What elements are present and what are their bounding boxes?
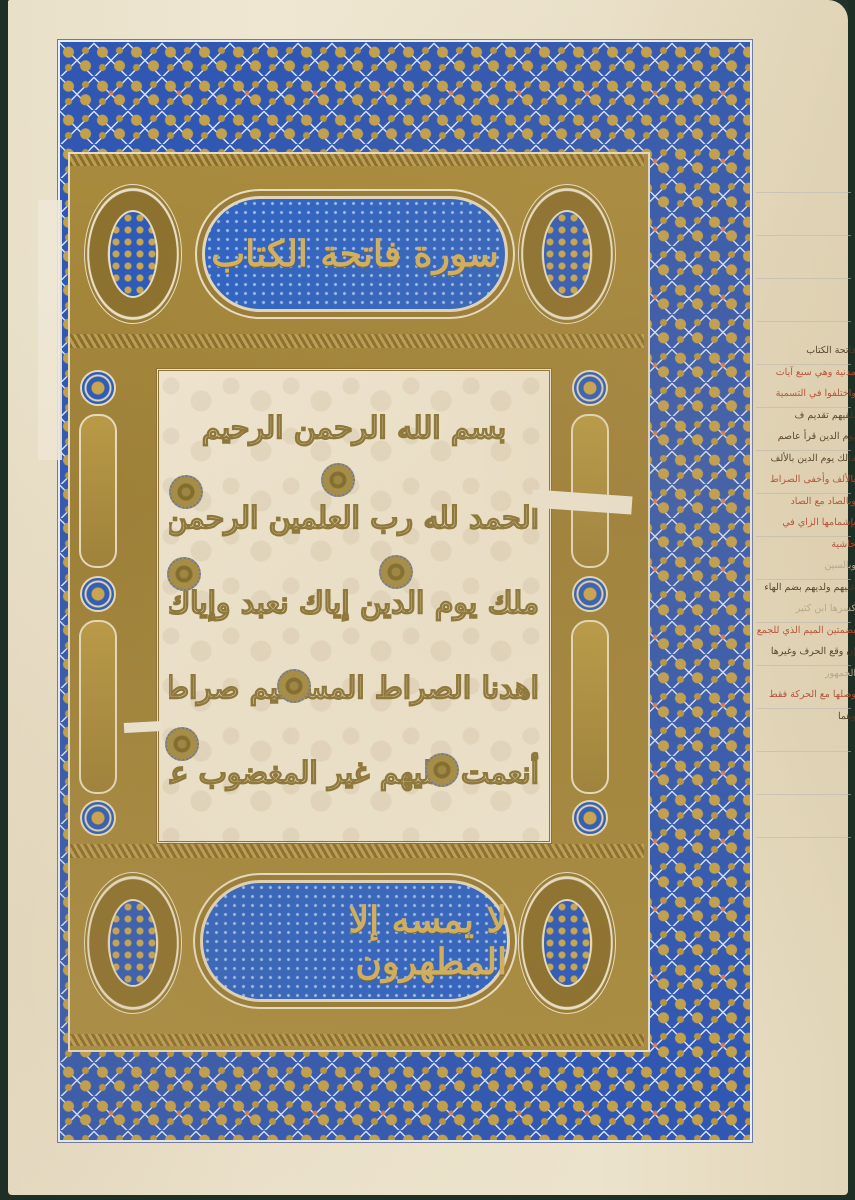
margin-note: حاشية xyxy=(756,534,855,556)
margin-note: بضمتين الميم الذي للجمع xyxy=(756,620,855,642)
margin-note: مدنية وهي سبع آيات xyxy=(756,362,855,384)
verse-rosette-icon xyxy=(169,475,203,509)
braid-band-top xyxy=(70,154,644,166)
margin-note: بالألف وأخفى الصراط xyxy=(756,469,855,491)
footer-cartouche-row: لا يمسه إلا المطهرون xyxy=(80,866,636,1016)
margin-note: مالك يوم الدين بالألف xyxy=(756,448,855,470)
medallion-icon xyxy=(572,370,608,406)
header-cartouche: سورة فاتحة الكتاب xyxy=(202,196,508,312)
surah-title: سورة فاتحة الكتاب xyxy=(211,233,498,275)
medallion-icon xyxy=(572,576,608,612)
verse-line-5: أنعمت عليهم غير المغضوب عليهم ولا الضالي… xyxy=(169,746,539,802)
verse-rosette-icon xyxy=(425,753,459,787)
lozenge-ornament-icon xyxy=(108,210,158,298)
medallion-icon xyxy=(80,800,116,836)
margin-note: وبالسين xyxy=(756,555,855,577)
margin-note: تلقيهم تقديم ف xyxy=(756,405,855,427)
verse-rosette-icon xyxy=(277,669,311,703)
footer-cartouche: لا يمسه إلا المطهرون xyxy=(200,880,510,1002)
margin-note: الجمهور xyxy=(756,663,855,685)
margin-note: واختلفوا في التسمية xyxy=(756,383,855,405)
margin-note: وصلها مع الحركة فقط xyxy=(756,684,855,706)
paper-tear xyxy=(124,721,162,733)
margin-note: يوم الدين قرأ عاصم xyxy=(756,426,855,448)
verse-rosette-icon xyxy=(379,555,413,589)
paper-loss xyxy=(38,200,62,460)
margin-note: وهما xyxy=(756,706,855,728)
margin-note: كسرها ابن كثير xyxy=(756,598,855,620)
left-oval-medallion xyxy=(84,184,182,324)
verse-text-panel: بسم الله الرحمن الرحيم الحمد لله رب العل… xyxy=(156,368,552,844)
left-oval-medallion xyxy=(84,872,182,1014)
verse-rosette-icon xyxy=(321,463,355,497)
margin-note: فاتحة الكتاب xyxy=(756,340,855,362)
braid-band-lower xyxy=(70,844,644,858)
margin-note: عليهم ولديهم بضم الهاء xyxy=(756,577,855,599)
right-oval-medallion xyxy=(518,872,616,1014)
margin-note: بإشمامها الزاي في xyxy=(756,512,855,534)
medallion-icon xyxy=(80,370,116,406)
gold-capsule xyxy=(79,620,117,794)
lozenge-ornament-icon xyxy=(108,899,158,987)
gold-capsule xyxy=(79,414,117,568)
marginal-commentary: فاتحة الكتاب مدنية وهي سبع آيات واختلفوا… xyxy=(756,340,855,727)
manuscript-page: سورة فاتحة الكتاب بسم الله الرحمن الرحيم… xyxy=(8,0,848,1195)
margin-note: إن وقع الحرف وغيرها xyxy=(756,641,855,663)
verse-rosette-icon xyxy=(167,557,201,591)
footer-inscription: لا يمسه إلا المطهرون xyxy=(203,899,507,983)
gold-capsule xyxy=(571,620,609,794)
right-ornament-column xyxy=(566,370,610,840)
header-cartouche-row: سورة فاتحة الكتاب xyxy=(80,178,636,328)
gold-capsule xyxy=(571,414,609,568)
verse-line-2: الحمد لله رب العلمين الرحمن الرحيم xyxy=(169,491,539,547)
braid-band-bottom xyxy=(70,1034,644,1046)
verse-rosette-icon xyxy=(165,727,199,761)
lozenge-ornament-icon xyxy=(542,210,592,298)
verse-line-3: ملك يوم الدين إياك نعبد وإياك نستعين xyxy=(169,576,539,632)
lozenge-ornament-icon xyxy=(542,899,592,987)
braid-band-upper xyxy=(70,334,644,348)
medallion-icon xyxy=(572,800,608,836)
verse-line-1: بسم الله الرحمن الرحيم xyxy=(169,401,539,457)
right-oval-medallion xyxy=(518,184,616,324)
medallion-icon xyxy=(80,576,116,612)
verse-line-4: اهدنا الصراط المستقيم صراط الذين xyxy=(169,661,539,717)
left-ornament-column xyxy=(74,370,118,840)
margin-note: وبالصاد مع الصاد xyxy=(756,491,855,513)
